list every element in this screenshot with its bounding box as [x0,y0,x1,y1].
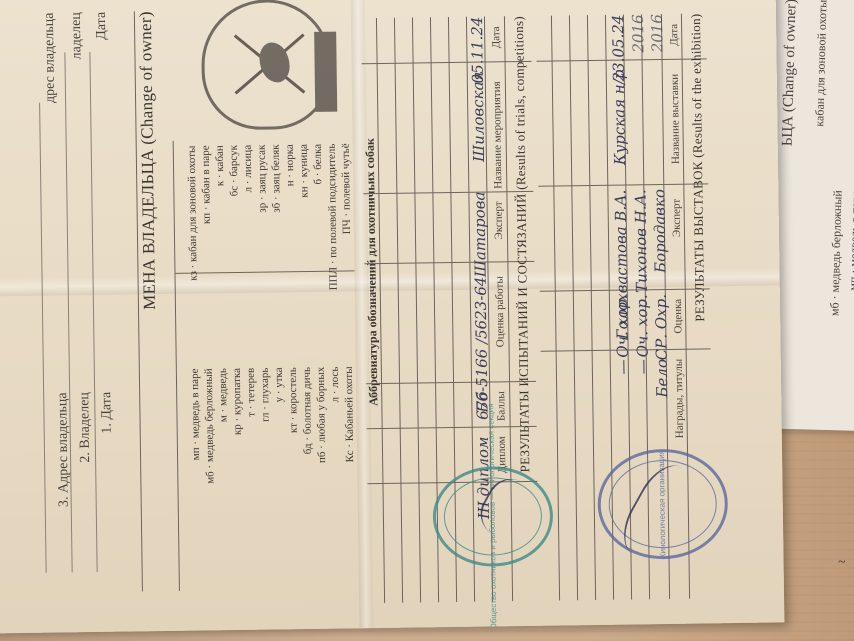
back-sheet-line: мб · медведь берложный [827,190,845,316]
abbr-meaning: тетерев [245,368,257,403]
table-line [363,191,533,194]
abbr-meaning: лось [329,367,341,388]
abbr-code: кп [201,213,213,224]
abbr-code: у [273,397,285,403]
abbr-item: кр · куропатка [231,368,244,435]
abbr-meaning: лисица [242,145,254,178]
exhibitions-title: РЕЗУЛЬТАТЫ ВЫСТАВОК (Results of the exhi… [688,13,708,321]
abbr-item: мп · медведь в паре [189,369,202,461]
abbr-item: ПЧ · полевой чутьё [340,143,353,234]
trials-col-expert: Эксперт [493,201,506,239]
abbr-item: л · лось [329,367,341,403]
trials-row-event: Шиловская [469,71,488,162]
abbr-item: кз · кабан для зоновой охоты [186,146,200,281]
table-line [362,61,532,64]
table-line [366,381,536,384]
abbr-item: кт · коростель [287,367,300,433]
trials-col-score: Оценка работы [494,276,507,347]
abbr-meaning: утка [273,367,285,388]
abbr-item: мб · медведь берложный [203,368,217,484]
abbr-code: л [329,397,341,403]
exh-row-awards: — [634,359,652,374]
abbr-code: пб [316,452,328,464]
abbr-item: бс · барсук [228,145,241,196]
abbr-code: Кс [344,450,356,462]
abbr-item: у · утка [273,367,285,402]
abbr-meaning: болотная дичь [301,367,314,434]
abbr-code: мб [204,471,216,484]
abbr-code: н [284,180,296,186]
abbr-item: н · норка [284,144,297,186]
abbr-item: л · лисица [242,145,255,193]
abbr-meaning: кабан [214,145,226,172]
abbr-meaning: медведь [217,368,230,406]
abbr-meaning: куропатка [231,368,244,415]
exh-row-date: 2016 [629,14,648,52]
owner-fill-line [89,52,97,572]
abbr-item: зр · заяц русак [256,145,269,213]
abbr-code: т [245,412,257,417]
abbr-code: кт [288,423,300,433]
owner-field-address: дрес владельца [42,12,59,103]
abbr-meaning: медведь берложный [203,368,216,462]
abbr-code: кн [298,186,310,197]
back-sheet-line: кабан для зоновой охоты [812,0,830,127]
abbr-item: м · медведь [217,368,230,422]
back-sheet-line: мп · медведь в паре [846,190,854,290]
exh-col-date: Дата [668,24,680,46]
exh-row-grade: СР. Охр. [652,294,671,360]
exh-row-awards: — [614,359,632,374]
exh-col-show: Название выставки [669,74,682,164]
abbr-item: Кс · Кабаньей охоты [343,366,356,462]
exh-row-date: 2016 [648,14,667,52]
owner-field-date-2: 1. Дата [99,392,116,434]
abbr-code: кр [232,424,244,435]
exh-col-awards: Награды, титулы [673,359,686,439]
trials-col-event: Название мероприятия [491,81,504,189]
exh-row-expert: Бородавко [650,189,669,273]
trials-col-date: Дата [490,26,502,48]
abbr-meaning: заяц русак [256,145,269,194]
trials-title: РЕЗУЛЬТАТЫ ИСПЫТАНИЙ И СОСТЯЗАНИЙ (Resul… [511,16,533,473]
kennel-club-emblem [201,0,333,130]
exh-col-grade: Оценка [672,299,684,334]
owner-field-date: Дата [94,12,110,40]
abbr-code: бд [302,443,314,454]
abbr-item: гл · глухарь [259,368,272,422]
owner-change-title: МЕНА ВЛАДЕЛЬЦА (Change of owner) [136,11,160,310]
abbr-item: т · тетерев [245,368,258,417]
abbr-item: кн · куница [298,144,311,198]
exh-row-grade: Оч. хор. [613,294,632,357]
abbr-item: б · белка [312,144,325,185]
table-line [569,15,578,600]
abbr-meaning: белка [312,144,324,170]
abbr-item: кп · кабан в паре [200,145,213,224]
abbr-code: ПЧ [341,219,353,234]
abbr-code: мп [190,447,202,460]
abbr-meaning: барсук [228,145,240,177]
edge-mark: ~ [838,555,846,571]
exh-row-show: Курская н/р [610,70,629,166]
trials-row-expert: Шатарова [470,191,489,277]
owner-field-owner-2: 2. Владелец [77,392,94,463]
pedigree-document: МЕНА ВЛАДЕЛЬЦА (Change of owner) Дата ла… [0,0,784,634]
abbr-code: л [242,187,254,193]
abbr-meaning: коростель [287,367,300,414]
abbr-meaning: глухарь [259,368,271,404]
owner-field-address-2: 3. Адрес владельца [55,392,73,507]
abbr-item: пб · любая у борных [315,367,328,463]
emblem-ribbon [314,32,337,112]
abbr-meaning: кабан в паре [200,145,213,203]
abbr-item: зб · заяц беляк [270,144,283,212]
abbr-code: м [217,415,229,422]
abbr-item: ППЛ · по полевой подсидитель [326,144,340,291]
table-line [394,18,403,603]
abbr-meaning: заяц беляк [270,144,283,193]
abbr-code: б [312,179,324,185]
abbr-meaning: по полевой подсидитель [326,144,340,258]
table-line [412,18,421,603]
exh-col-expert: Эксперт [671,199,684,237]
abbr-code: к [214,181,226,187]
abbr-meaning: кабан для зоновой охоты [186,146,200,263]
abbr-item: к · кабан [214,145,227,186]
abbr-meaning: полевой чутьё [340,143,353,210]
trials-col-points: Баллы [495,391,507,421]
abbr-meaning: норка [284,144,296,171]
table-line [587,15,596,600]
abbr-code: гл [259,412,271,422]
table-line [367,426,537,429]
abbr-meaning: любая у борных [315,367,328,443]
exh-row-awards: Бело [653,359,672,398]
owner-fill-line [39,103,47,573]
abbr-code: зб [271,203,283,213]
abbr-code: ППЛ [327,267,339,291]
abbr-meaning: Кабаньей охоты [343,366,356,441]
exh-row-expert: Тихонов Н.А. [631,189,650,293]
abbr-item: бд · болотная дичь [301,367,314,454]
abbr-meaning: куница [298,144,310,177]
abbr-code: кз [187,271,199,281]
table-line [364,261,534,264]
section-border [173,141,180,591]
abbr-meaning: медведь в паре [189,369,202,439]
abbr-code: бс [228,186,240,197]
back-sheet-title: ЬЦА (Change of owner) [780,0,801,146]
owner-field-owner: ладелец [69,12,86,59]
abbr-code: зр [257,203,269,213]
exh-row-grade: Оч. хор. [633,294,652,357]
